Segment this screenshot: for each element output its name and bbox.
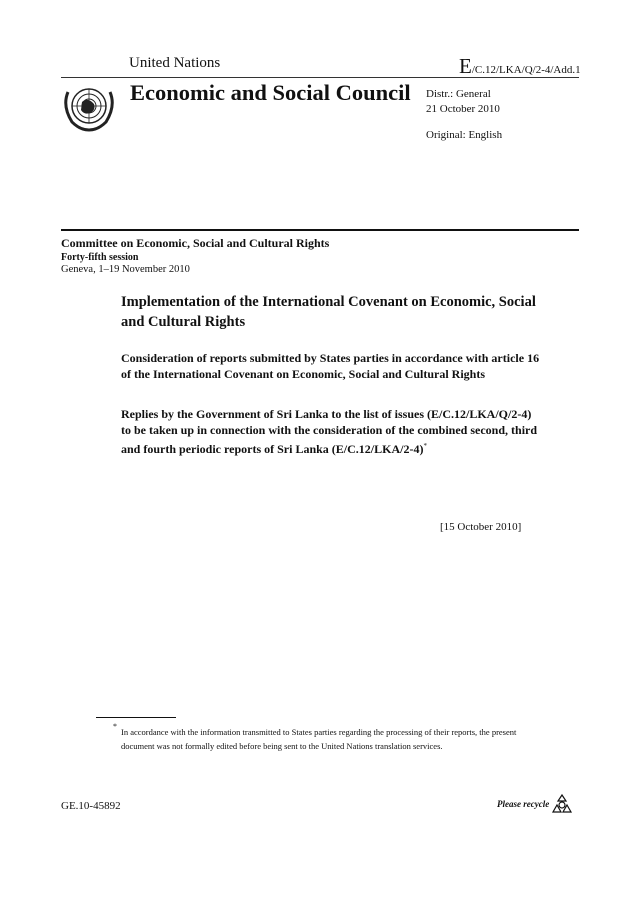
symbol-initial: E [459,54,472,78]
section-rule [61,229,579,231]
main-title: Implementation of the International Cove… [121,292,541,332]
session-name: Forty-fifth session [61,252,139,263]
replies-title: Replies by the Government of Sri Lanka t… [121,406,541,457]
document-symbol: E/C.12/LKA/Q/2-4/Add.1 [459,54,581,79]
footnote-ref[interactable]: * [423,442,427,450]
subtitle: Consideration of reports submitted by St… [121,350,541,382]
footnote-marker: * [113,722,117,731]
org-label: United Nations [129,55,220,72]
committee-name: Committee on Economic, Social and Cultur… [61,236,329,251]
ge-number: GE.10-45892 [61,800,121,812]
recycle-notice: Please recycle [497,793,573,815]
issue-date: 21 October 2010 [426,102,500,117]
footnote-rule [96,717,176,718]
symbol-rest: /C.12/LKA/Q/2-4/Add.1 [472,64,581,76]
submission-date: [15 October 2010] [440,521,521,533]
recycle-label: Please recycle [497,799,549,809]
un-emblem-icon [60,82,118,134]
council-name: Economic and Social Council [130,80,411,106]
footnote-text: In accordance with the information trans… [121,725,521,753]
recycle-icon [551,793,573,815]
distribution: Distr.: General [426,87,500,102]
replies-title-text: Replies by the Government of Sri Lanka t… [121,407,537,456]
header-rule [61,77,579,78]
distribution-block: Distr.: General 21 October 2010 [426,87,500,117]
venue-date: Geneva, 1–19 November 2010 [61,264,190,275]
original-language: Original: English [426,129,502,141]
